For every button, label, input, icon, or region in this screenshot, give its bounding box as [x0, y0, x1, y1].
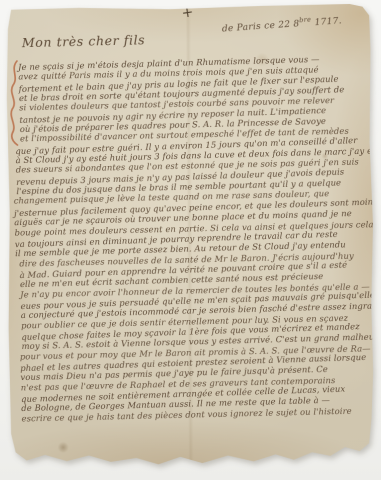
letter-sheet: + de Paris ce 22 8bre 1717. Mon très che…: [6, 4, 375, 466]
dateline-year: 1717.: [311, 16, 342, 28]
dateline-month-superscript: bre: [299, 15, 312, 24]
photograph-background: { "annotation": { "cross_mark": "+" }, "…: [0, 0, 381, 480]
cross-mark: +: [181, 4, 195, 22]
salutation: Mon très cher fils: [22, 32, 146, 50]
dateline: de Paris ce 22 8bre 1717.: [221, 11, 372, 34]
letter-body: Je ne sçais si je m'étois desja plaint d…: [18, 53, 378, 424]
dateline-prefix: de Paris ce 22 8: [222, 19, 300, 34]
letter-sheet-wrapper: + de Paris ce 22 8bre 1717. Mon très che…: [6, 4, 375, 466]
